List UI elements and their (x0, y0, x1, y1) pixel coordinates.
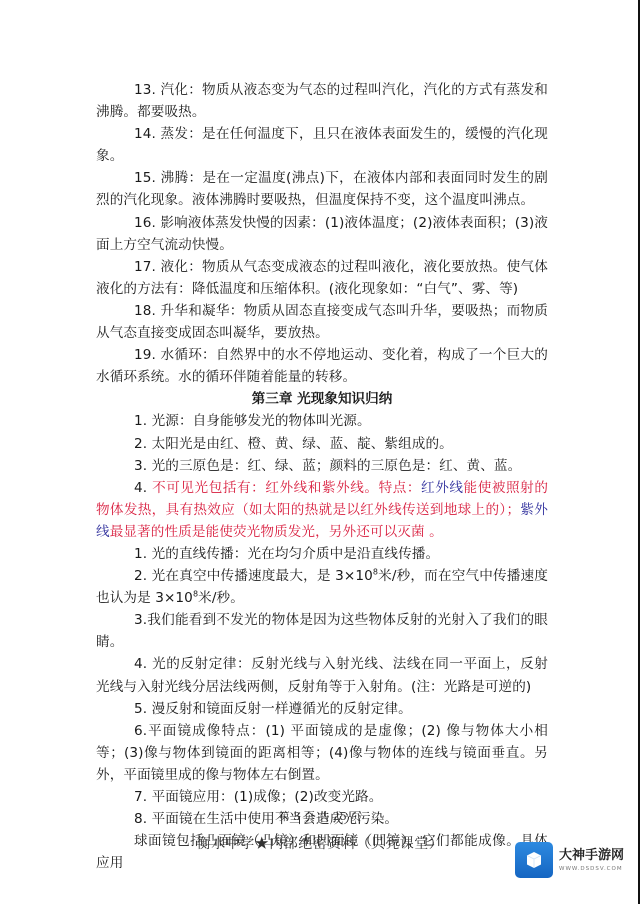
page-indicator: 第 3 页 共 25 页 (0, 808, 640, 824)
watermark-url: WWW.DSDSV.COM (559, 866, 624, 872)
paragraph-18: 18. 升华和凝华：物质从固态直接变成气态叫升华，要吸热；而物质从气态直接变成固… (96, 300, 548, 344)
highlight-red: 不可见光包括有：红外线和紫外线。特点： (152, 480, 421, 496)
paragraph-15: 15. 沸腾：是在一定温度(沸点)下，在液体内部和表面同时发生的剧烈的汽化现象。… (96, 167, 548, 211)
paragraph-mirror-6: 6.平面镜成像特点：(1) 平面镜成的是虚像；(2) 像与物体大小相等；(3)像… (96, 720, 548, 786)
paragraph-invisible-light: 4. 不可见光包括有：红外线和紫外线。特点：红外线能使被照射的物体发热，具有热效… (96, 477, 548, 543)
paragraph-17: 17. 液化：物质从气态变成液态的过程叫液化，液化要放热。使气体液化的方法有：降… (96, 256, 548, 300)
paragraph-light-1: 1. 光源：自身能够发光的物体叫光源。 (96, 410, 548, 432)
cube-bag-icon (515, 842, 553, 878)
paragraph-light-3: 3. 光的三原色是：红、绿、蓝；颜料的三原色是：红、黄、蓝。 (96, 455, 548, 477)
paragraph-propagation-1: 1. 光的直线传播：光在均匀介质中是沿直线传播。 (96, 543, 548, 565)
paragraph-propagation-2: 2. 光在真空中传播速度最大，是 3×108米/秒，而在空气中传播速度也认为是 … (96, 565, 548, 609)
paragraph-16: 16. 影响液体蒸发快慢的因素：(1)液体温度；(2)液体表面积；(3)液面上方… (96, 212, 548, 256)
highlight-blue-infrared: 红外线 (421, 480, 463, 496)
paragraph-light-2: 2. 太阳光是由红、橙、黄、绿、蓝、靛、紫组成的。 (96, 433, 548, 455)
paragraph-19: 19. 水循环：自然界中的水不停地运动、变化着，构成了一个巨大的水循环系统。水的… (96, 344, 548, 388)
document-page: 13. 汽化：物质从液态变为气态的过程叫汽化，汽化的方式有蒸发和沸腾。都要吸热。… (96, 79, 548, 874)
paragraph-reflection-4: 4. 光的反射定律：反射光线与入射光线、法线在同一平面上，反射光线与入射光线分居… (96, 653, 548, 697)
paragraph-propagation-3: 3.我们能看到不发光的物体是因为这些物体反射的光射入了我们的眼睛。 (96, 609, 548, 653)
paragraph-mirror-7: 7. 平面镜应用：(1)成像；(2)改变光路。 (96, 786, 548, 808)
paragraph-14: 14. 蒸发：是在任何温度下，且只在液体表面发生的，缓慢的汽化现象。 (96, 123, 548, 167)
watermark-logo: 大神手游网 WWW.DSDSV.COM (515, 842, 624, 878)
chapter-title: 第三章 光现象知识归纳 (96, 388, 548, 410)
paragraph-13: 13. 汽化：物质从液态变为气态的过程叫汽化，汽化的方式有蒸发和沸腾。都要吸热。 (96, 79, 548, 123)
paragraph-reflection-5: 5. 漫反射和镜面反射一样遵循光的反射定律。 (96, 698, 548, 720)
watermark-title: 大神手游网 (559, 848, 624, 863)
